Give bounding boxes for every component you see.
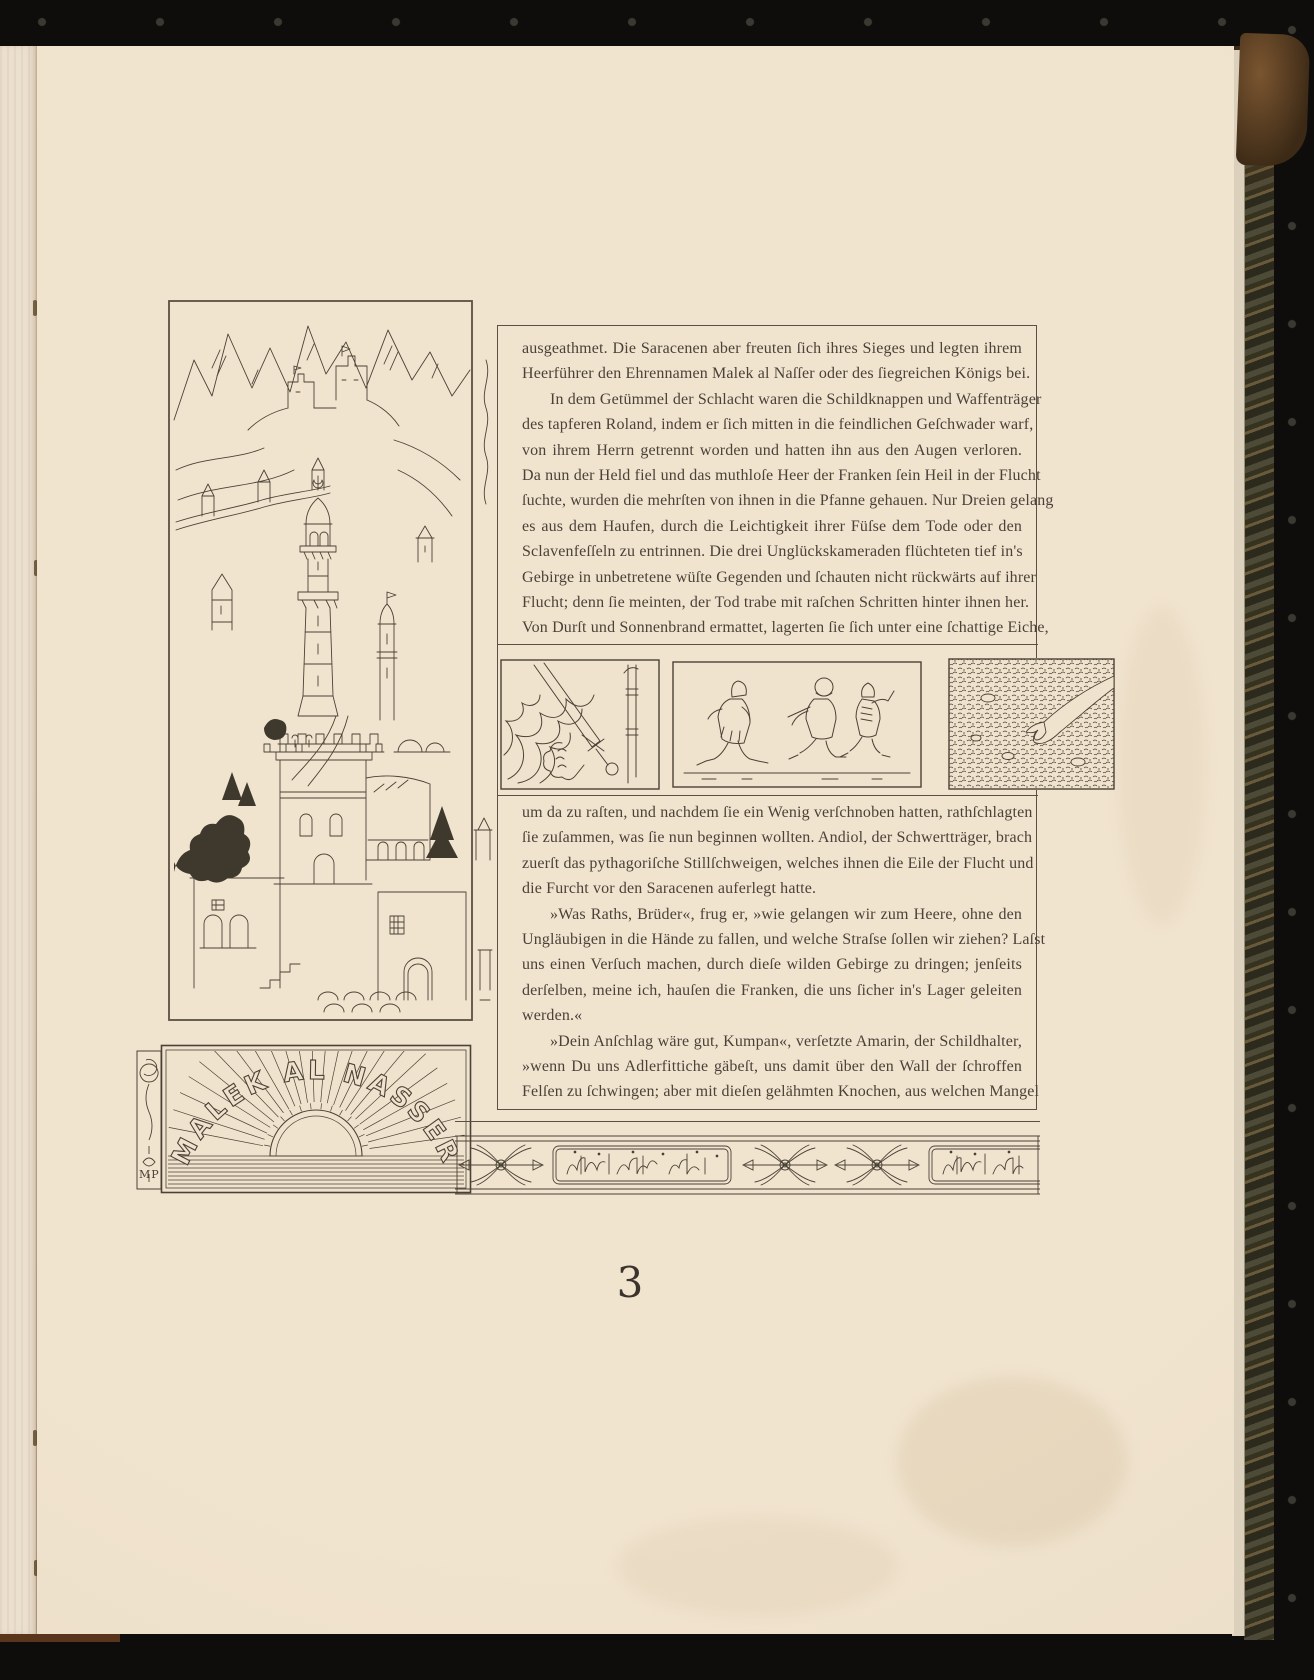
illustration-frame <box>169 301 472 1020</box>
book-page: MALEK AL NASSER MP ausgeathmet. Die Sara… <box>37 46 1234 1634</box>
paper-stain <box>1117 606 1207 926</box>
arabesque-frieze <box>455 1134 1040 1196</box>
paper-stain <box>617 1516 897 1616</box>
text-line: Flucht; denn ſie meinten, der Tod trabe … <box>522 590 1022 615</box>
text-line: um da zu raſten, und nachdem ſie ein Wen… <box>522 800 1022 825</box>
sword-and-flames-illustration <box>500 659 660 790</box>
text-line: Sclavenfeſſeln zu entrinnen. Die drei Un… <box>522 539 1022 564</box>
page-number: 3 <box>600 1258 660 1307</box>
lower-text-block: um da zu raſten, und nachdem ſie ein Wen… <box>522 800 1022 1105</box>
text-line: es aus dem Haufen, durch die Leichtigkei… <box>522 514 1022 539</box>
fleeing-squires-illustration <box>672 661 922 788</box>
text-line: von ihrem Herrn getrennt worden und hatt… <box>522 438 1022 463</box>
text-line: »Dein Anſchlag wäre gut, Kumpan«, verſet… <box>522 1029 1022 1054</box>
upper-text-block: ausgeathmet. Die Saracenen aber freuten … <box>522 336 1022 641</box>
text-line: »wenn Du uns Adlerfittiche gäbeſt, uns d… <box>522 1054 1022 1079</box>
upper-block-bottom-rule <box>497 644 1038 645</box>
foliage-and-hand-illustration <box>948 658 1115 790</box>
text-line: werden.« <box>522 1003 1022 1028</box>
malek-al-nasser-plaque: MALEK AL NASSER <box>160 1044 472 1194</box>
text-line: »Was Raths, Brüder«, frug er, »wie gelan… <box>522 902 1022 927</box>
binding-margin <box>0 46 37 1634</box>
text-line: ſie zuſammen, was ſie nun beginnen wollt… <box>522 825 1022 850</box>
scanner-background-top <box>0 0 1314 46</box>
text-line: Felſen zu ſchwingen; aber mit dieſen gel… <box>522 1079 1022 1104</box>
text-line: die Furcht vor den Saracenen auferlegt h… <box>522 876 1022 901</box>
artist-monogram: MP <box>139 1168 160 1181</box>
text-line: ausgeathmet. Die Saracenen aber freuten … <box>522 336 1022 361</box>
scanned-book-page: MALEK AL NASSER MP ausgeathmet. Die Sara… <box>0 0 1314 1680</box>
lower-block-top-rule <box>497 795 1038 796</box>
text-line: In dem Getümmel der Schlacht waren die S… <box>522 387 1022 412</box>
leather-corner <box>1236 33 1311 167</box>
marbled-cover-edge <box>1244 46 1274 1640</box>
text-line: zuerſt das pythagoriſche Stillſchweigen,… <box>522 851 1022 876</box>
text-line: Gebirge in unbetretene wüſte Gegenden un… <box>522 565 1022 590</box>
text-line: derſelben, meine ich, hauſen die Franken… <box>522 978 1022 1003</box>
text-line: Ungläubigen in die Hände zu fallen, und … <box>522 927 1022 952</box>
frieze-top-hairline <box>455 1121 1040 1122</box>
text-line: uns einen Verſuch machen, durch dieſe wi… <box>522 952 1022 977</box>
city-illustration <box>168 300 500 1022</box>
text-line: ſuchte, wurden die mehrſten von ihnen in… <box>522 488 1022 513</box>
scanner-background-bottom <box>0 1640 1314 1680</box>
text-line: Heerführer den Ehrennamen Malek al Naſſe… <box>522 361 1022 386</box>
scanner-background-right <box>1272 0 1314 1680</box>
text-line: Da nun der Held fiel und das muthloſe He… <box>522 463 1022 488</box>
text-line: Von Durſt und Sonnenbrand ermattet, lage… <box>522 615 1022 640</box>
paper-stain <box>897 1376 1127 1546</box>
text-line: des tapferen Roland, indem er ſich mitte… <box>522 412 1022 437</box>
